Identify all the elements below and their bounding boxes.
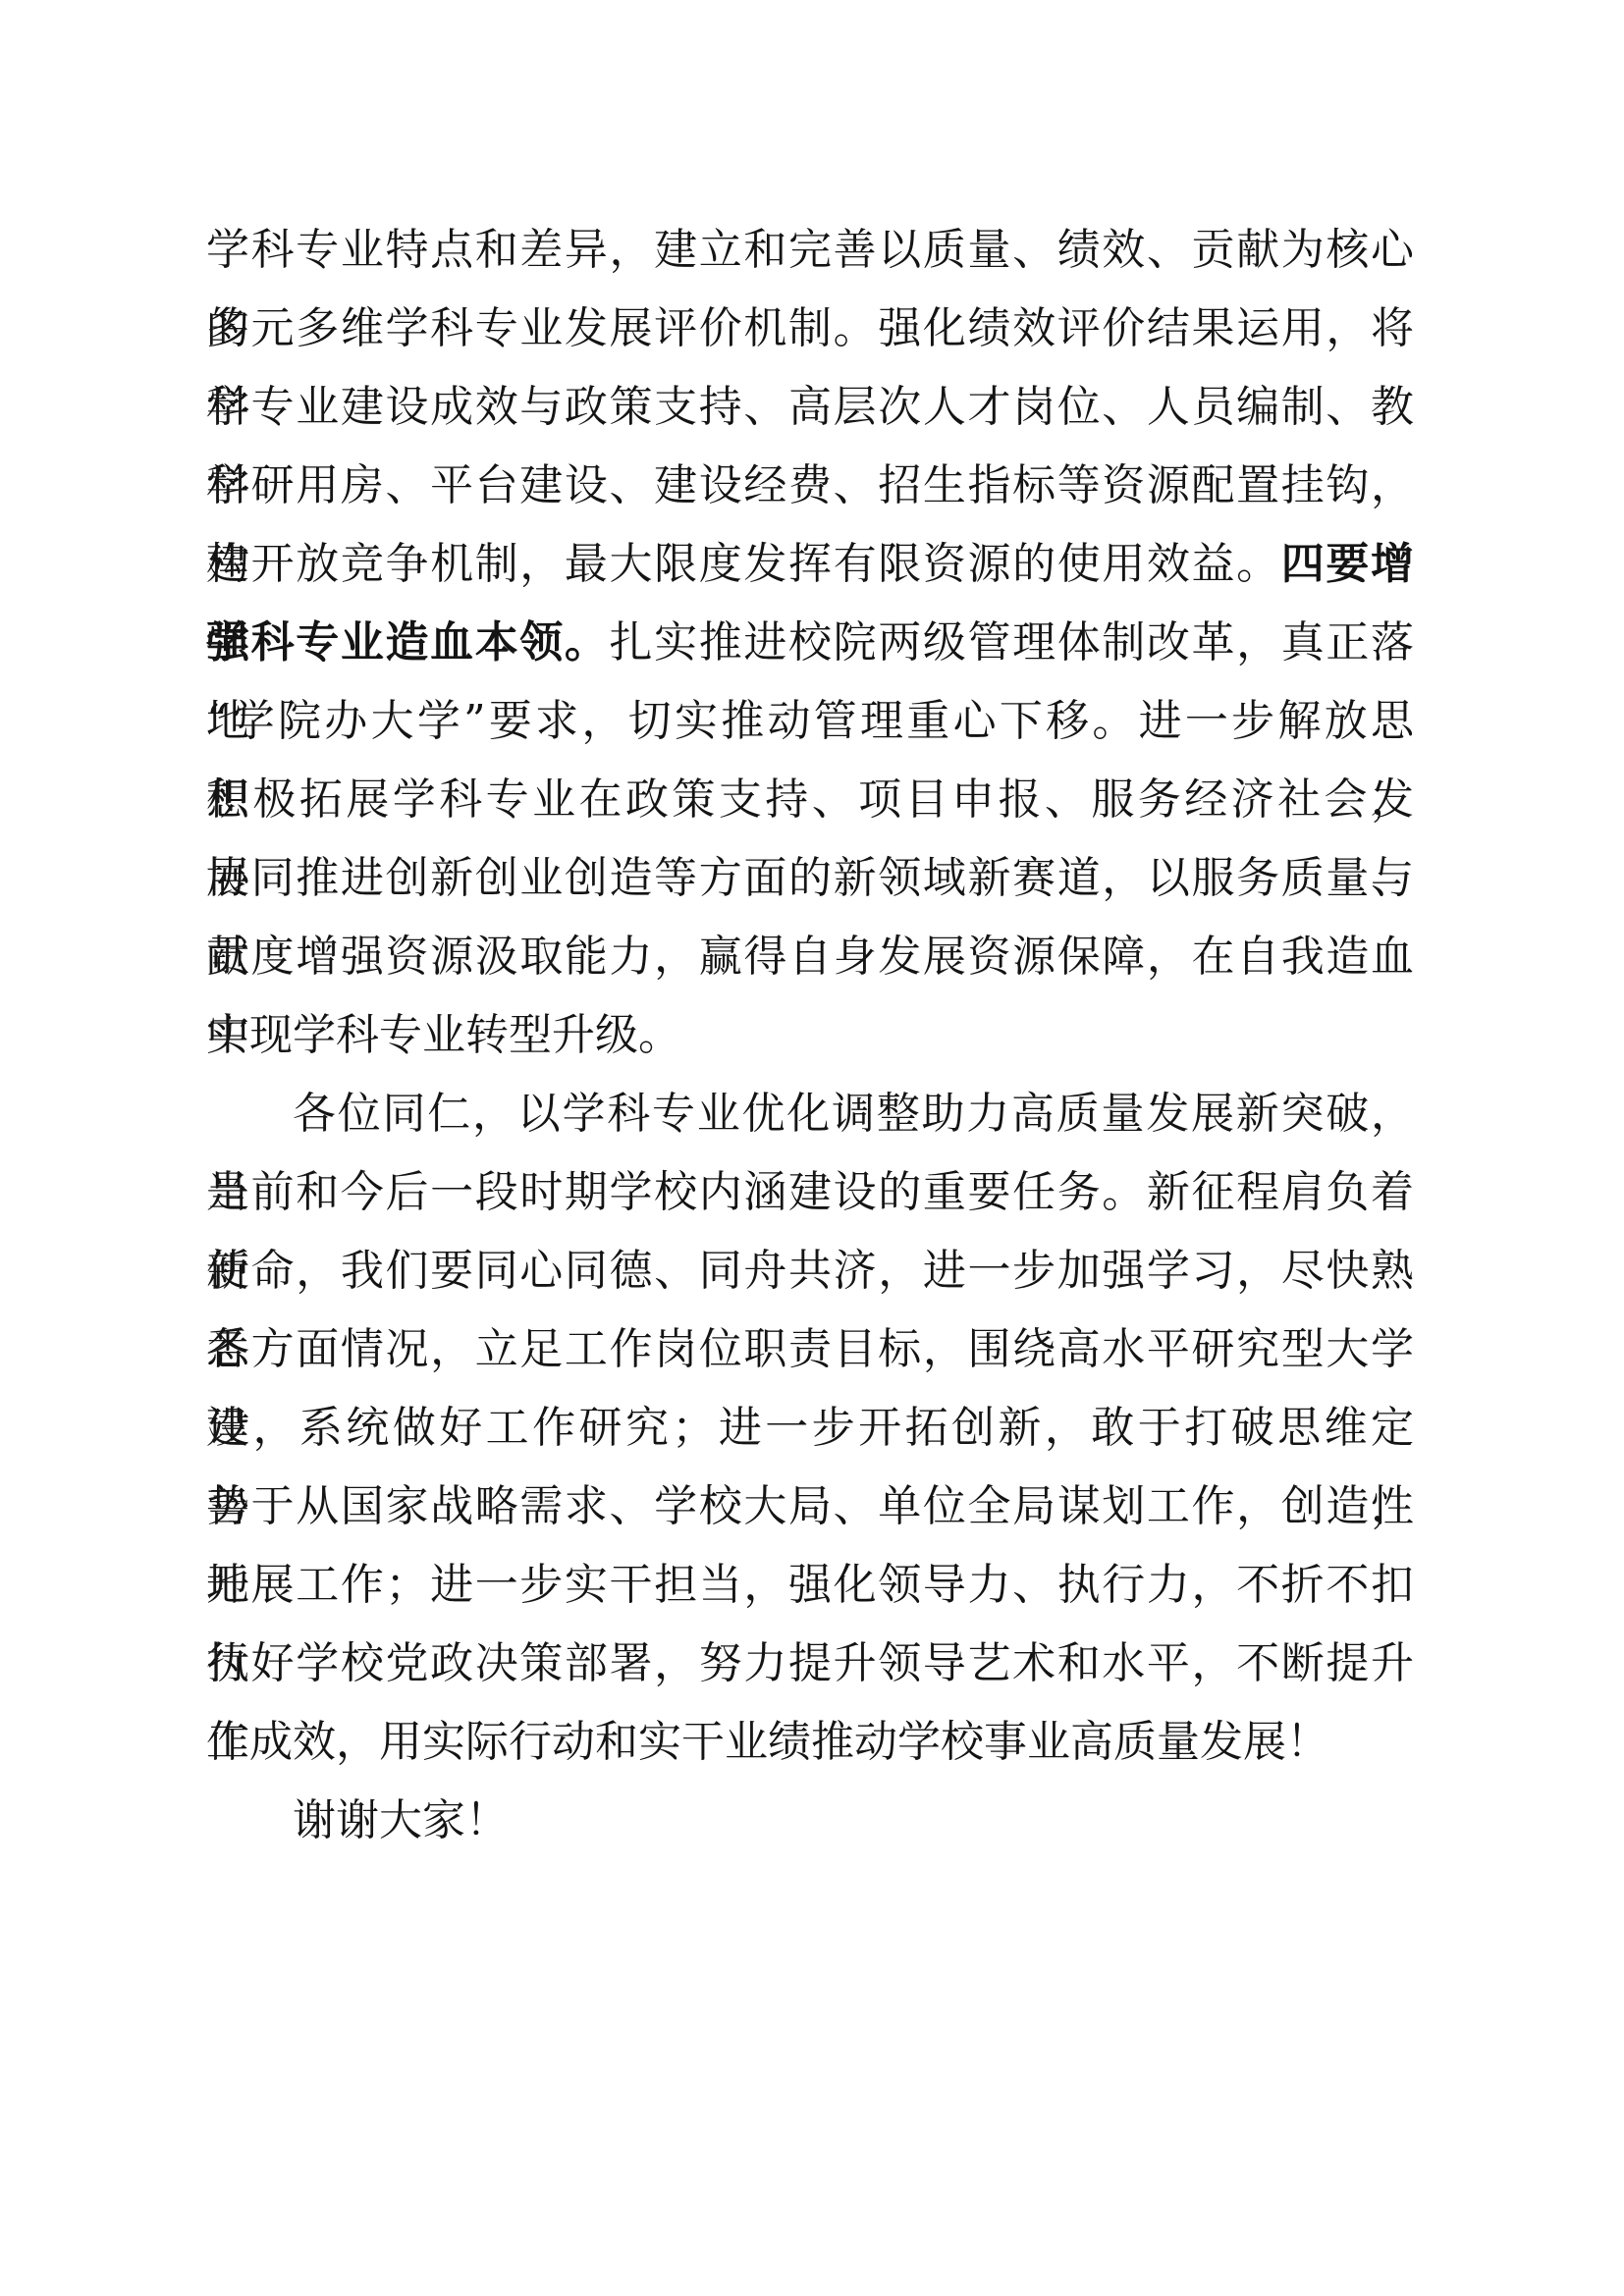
text-line: 学科专业特点和差异，建立和完善以质量、绩效、贡献为核心的	[206, 211, 1414, 290]
text-run: 建开放竞争机制，最大限度发挥有限资源的使用效益。	[206, 539, 1281, 589]
text-run: 实现学科专业转型升级。	[206, 1010, 681, 1060]
text-run: 作成效，用实际行动和实干业绩推动学校事业高质量发展！	[206, 1717, 1329, 1767]
text-line: 各方面情况，立足工作岗位职责目标，围绕高水平研究型大学建	[206, 1310, 1414, 1389]
text-line: 科专业建设成效与政策支持、高层次人才岗位、人员编制、教学	[206, 368, 1414, 447]
text-line: 学科专业造血本领。扎实推进校院两级管理体制改革，真正落地	[206, 604, 1414, 682]
text-line: 积极拓展学科专业在政策支持、项目申报、服务经济社会发展、	[206, 761, 1414, 839]
text-line: 当前和今后一段时期学校内涵建设的重要任务。新征程肩负着新	[206, 1153, 1414, 1232]
text-line: 各位同仁，以学科专业优化调整助力高质量发展新突破，是	[206, 1075, 1414, 1153]
text-line: 谢谢大家！	[206, 1782, 1414, 1860]
bold-text-run: 学科专业造血本领。	[206, 617, 610, 667]
text-line: 协同推进创新创业创造等方面的新领域新赛道，以服务质量与贡	[206, 839, 1414, 918]
text-run: 谢谢大家！	[293, 1795, 509, 1845]
text-line: 科研用房、平台建设、建设经费、招生指标等资源配置挂钩，构	[206, 447, 1414, 525]
text-line: 作成效，用实际行动和实干业绩推动学校事业高质量发展！	[206, 1703, 1414, 1782]
text-line: “学院办大学”要求，切实推动管理重心下移。进一步解放思想，	[206, 682, 1414, 761]
text-line: 献度增强资源汲取能力，赢得自身发展资源保障，在自我造血中	[206, 918, 1414, 996]
text-line: 行好学校党政决策部署，努力提升领导艺术和水平，不断提升工	[206, 1625, 1414, 1703]
text-line: 建开放竞争机制，最大限度发挥有限资源的使用效益。四要增强	[206, 525, 1414, 604]
text-line: 开展工作；进一步实干担当，强化领导力、执行力，不折不扣执	[206, 1546, 1414, 1625]
text-line: 设，系统做好工作研究；进一步开拓创新，敢于打破思维定势，	[206, 1389, 1414, 1468]
text-block: 学科专业特点和差异，建立和完善以质量、绩效、贡献为核心的多元多维学科专业发展评价…	[206, 211, 1414, 1860]
text-line: 多元多维学科专业发展评价机制。强化绩效评价结果运用，将学	[206, 290, 1414, 368]
document-page: 学科专业特点和差异，建立和完善以质量、绩效、贡献为核心的多元多维学科专业发展评价…	[0, 0, 1624, 2296]
text-line: 使命，我们要同心同德、同舟共济，进一步加强学习，尽快熟悉	[206, 1232, 1414, 1310]
text-line: 善于从国家战略需求、学校大局、单位全局谋划工作，创造性地	[206, 1468, 1414, 1546]
text-line: 实现学科专业转型升级。	[206, 996, 1414, 1075]
